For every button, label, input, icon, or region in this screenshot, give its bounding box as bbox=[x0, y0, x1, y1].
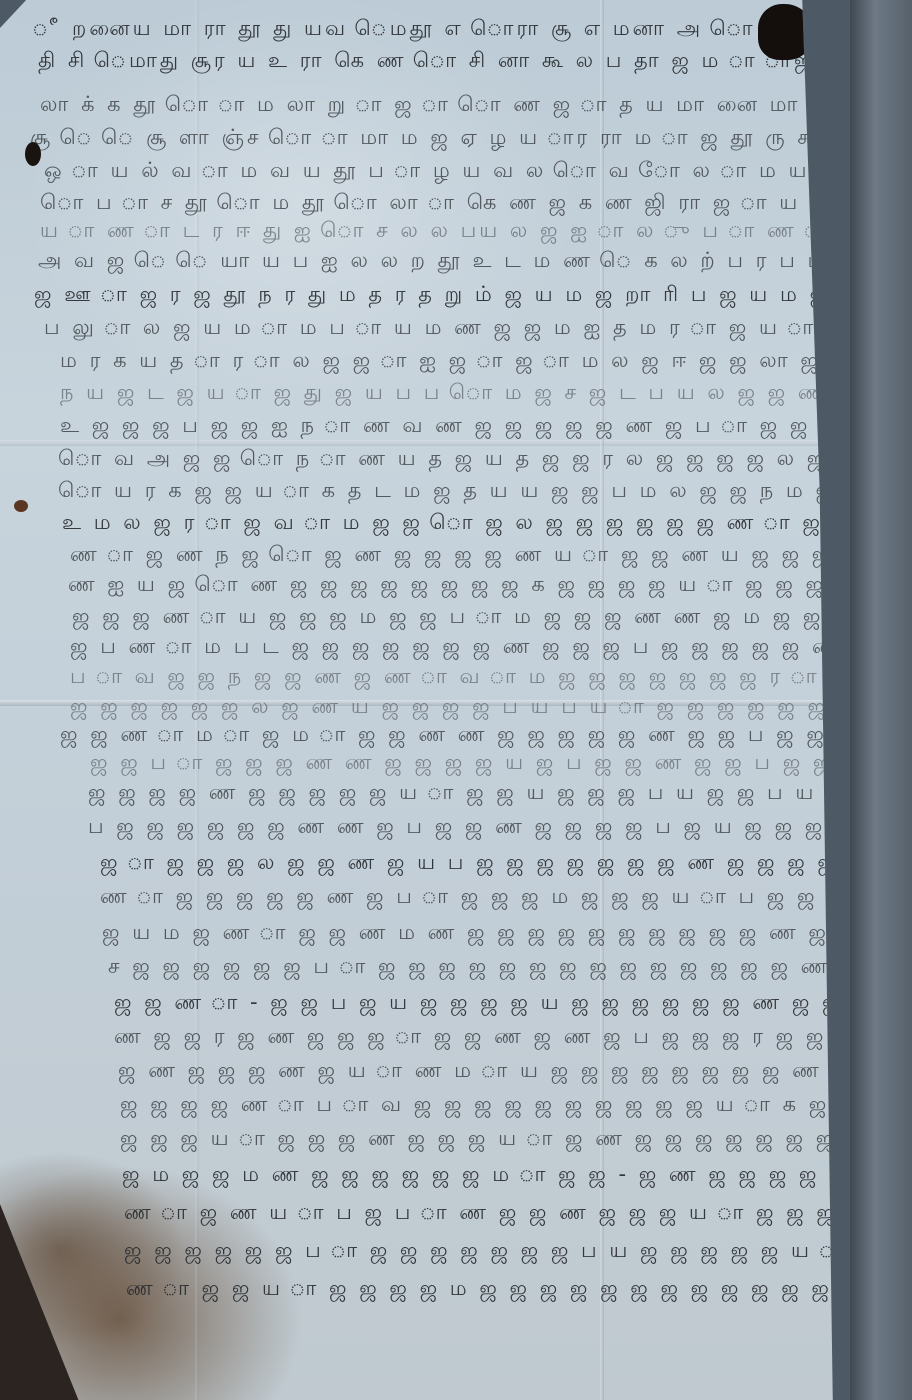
manuscript-line: உ ம ல ஜ ர ா ஜ வ ா ம ஜ ஜ ொ ஜ ல ஜ ஜ ஜ ஜ ஜ … bbox=[62, 510, 912, 537]
manuscript-line: ஜ ம ஜ ஜ ம ண ஜ ஜ ஜ ஜ ஜ ஜ ம ா ஜ ஜ - ஜ ண ஜ … bbox=[122, 1162, 912, 1189]
manuscript-line: ப லு ா ல ஜ ய ம ா ம ப ா ய ம ண ஜ ஜ ம ஐ த ம… bbox=[44, 315, 912, 342]
manuscript-line: ொ ய ர க ஜ ஜ ய ா க த ட ம ஜ த ய ய ஜ ஜ ப ம … bbox=[58, 478, 912, 505]
manuscript-line: ஜ ய ம ஜ ண ா ஜ ஜ ண ம ண ஜ ஜ ஜ ஜ ஜ ஜ ஜ ஜ ஜ … bbox=[102, 920, 912, 947]
ink-dot-left-margin bbox=[25, 142, 41, 166]
manuscript-line: ஜ ஜ ஜ ஜ ண ா ப ா வ ஜ ஜ ஜ ஜ ஜ ஜ ஜ ஜ ஜ ஜ ய … bbox=[120, 1092, 912, 1119]
manuscript-line: ஒ ா ய ல் வ ா ம வ ய தூ ப ா ழ ய வ ல ொ வ ோ … bbox=[44, 158, 912, 185]
manuscript-line: ண ா ஜ ஜ ஜ ஜ ஜ ண ஜ ப ா ஜ ஜ ஜ ம ஜ ஜ ஜ ய ா … bbox=[100, 884, 912, 911]
manuscript-line: ண ா ஜ ஜ ய ா ஜ ஜ ஜ ஜ ம ஜ ஜ ஜ ஜ ஜ ஜ ஜ ஜ ஜ … bbox=[126, 1276, 912, 1303]
manuscript-line: ஜ ஊ ா ஜ ர ஜ தூ ந ர து ம த ர த று ம் ஜ ய … bbox=[34, 282, 912, 309]
manuscript-line: ண ஐ ய ஜ ொ ண ஜ ஜ ஜ ஜ ஜ ஜ ஜ ஜ க ஜ ஜ ஜ ஜ ய … bbox=[68, 572, 912, 599]
manuscript-line: ண ா ஜ ண ந ஜ ொ ஜ ண ஜ ஜ ஜ ஜ ண ய ா ஜ ஜ ண ய … bbox=[70, 542, 912, 569]
manuscript-line: ஜ ஜ ஜ ஜ ஜ ஜ ப ா ஜ ஜ ஜ ஜ ஜ ஜ ஜ ப ய ஜ ஜ ஜ … bbox=[124, 1238, 912, 1265]
backdrop-right bbox=[850, 0, 912, 1400]
manuscript-line: ஜ ஜ ஜ ண ா ய ஜ ஜ ஜ ம ஜ ஜ ப ா ம ஜ ஜ ஜ ண ண … bbox=[72, 604, 912, 631]
manuscript-line: ஜ ஜ ஜ ஜ ண ஜ ஜ ஜ ஜ ஜ ய ா ஜ ஜ ய ஜ ஜ ஜ ப ய … bbox=[88, 780, 847, 807]
manuscript-paper: ீ றனைய மா ரா தூ து யவ ெமதூ எ ொரா சூ எ மன… bbox=[0, 0, 872, 1400]
manuscript-line: ண ஜ ஜ ர ஜ ண ஜ ஜ ஜ ா ஜ ஜ ண ஜ ண ஜ ப ஜ ஜ ஜ … bbox=[114, 1024, 912, 1051]
manuscript-line: ொ வ அ ஜ ஜ ொ ந ா ண ய த ஜ ய த ஜ ஜ ர ல ஜ ஜ … bbox=[58, 446, 912, 473]
manuscript-line: ச ஜ ஜ ஜ ஜ ஜ ஜ ப ா ஜ ஜ ஜ ஜ ஜ ஜ ஜ ஜ ஜ ஜ ஜ … bbox=[108, 954, 912, 981]
ink-blot bbox=[758, 4, 814, 60]
manuscript-line: ஜ ஜ ஜ ஜ ஜ ஜ ல ஜ ண ய ஜ ஜ ஜ ஜ ப ய ப ய ா ஜ … bbox=[70, 694, 912, 721]
manuscript-line: சூ ெ ெ சூ ளா ஞ்ச ொ ா மா ம ஜ ஏ ழ ய ார ரா … bbox=[30, 125, 890, 152]
manuscript-line: ஜ ஜ ண ா ம ா ஜ ம ா ஜ ஜ ண ண ஜ ஜ ஜ ஜ ஜ ண ஜ … bbox=[60, 722, 912, 749]
manuscript-line: அ வ ஜ ெ ெ யா ய ப ஐ ல ல ற தூ உ ட ம ண ெ க … bbox=[38, 248, 912, 275]
manuscript-line: ண ா ஜ ண ய ா ப ஜ ப ா ண ஜ ஜ ண ஜ ஜ ஜ ய ா ஜ … bbox=[124, 1200, 912, 1227]
manuscript-line: ஜ ஜ ஜ ய ா ஜ ஜ ஜ ண ஜ ஜ ஜ ய ா ஜ ண ஜ ஜ ஜ ஜ … bbox=[120, 1126, 912, 1153]
manuscript-line: ஜ ஜ ப ா ஜ ஜ ஜ ண ண ஜ ஜ ஜ ஜ ய ஜ ப ஜ ஜ ண ஜ … bbox=[90, 750, 912, 777]
manuscript-line: ப ஜ ஜ ஜ ஜ ஜ ஜ ண ண ஜ ப ஜ ஜ ண ஜ ஜ ஜ ஜ ப ஜ … bbox=[88, 814, 912, 841]
manuscript-line: ஜ ஜ ண ா - ஜ ஜ ப ஜ ய ஜ ஜ ஜ ஜ ய ஜ ஜ ஜ ஜ ஜ … bbox=[114, 990, 873, 1017]
manuscript-line: ம ர க ய த ா ர ா ல ஜ ஜ ா ஐ ஜ ா ஜ ா ம ல ஜ … bbox=[60, 348, 912, 375]
manuscript-line: ப ா வ ஜ ஜ ந ஜ ஜ ண ஜ ண ா வ ா ம ஜ ஜ ஜ ஜ ஜ … bbox=[70, 664, 912, 691]
manuscript-line: ொ ப ா ச தூ ொ ம தூ ொ லா ா கெ ண ஜ க ண ஜி ர… bbox=[40, 190, 912, 217]
manuscript-line: ஜ ண ஜ ஜ ஜ ண ஜ ய ா ண ம ா ய ஜ ஜ ஜ ஜ ஜ ஜ ஜ … bbox=[118, 1058, 912, 1085]
manuscript-line: ந ய ஜ ட ஜ ய ா ஜ து ஜ ய ப ப ொ ம ஜ ச ஜ ட ப… bbox=[60, 380, 912, 407]
manuscript-line: ஜ ா ஜ ஜ ஜ ல ஜ ஜ ண ஜ ய ப ஜ ஜ ஜ ஜ ஜ ஜ ஜ ண … bbox=[100, 850, 912, 877]
rust-spot bbox=[14, 500, 28, 512]
manuscript-line: ய ா ண ா ட ர ஈ து ஐ ொ ச ல ல பய ல ஜ ஐ ா ல … bbox=[40, 218, 912, 245]
manuscript-line: லா க் க தூ ொ ா ம லா று ா ஜ ா ொ ண ஜ ா த ய… bbox=[40, 92, 912, 119]
manuscript-line: ஜ ப ண ா ம ப ட ஜ ஜ ஜ ஜ ஜ ஜ ஜ ண ஜ ஜ ஜ ப ஜ … bbox=[70, 634, 912, 661]
manuscript-line: உ ஜ ஜ ஜ ப ஜ ஜ ஐ ந ா ண வ ண ஜ ஜ ஜ ஜ ஜ ண ஜ … bbox=[60, 413, 912, 440]
